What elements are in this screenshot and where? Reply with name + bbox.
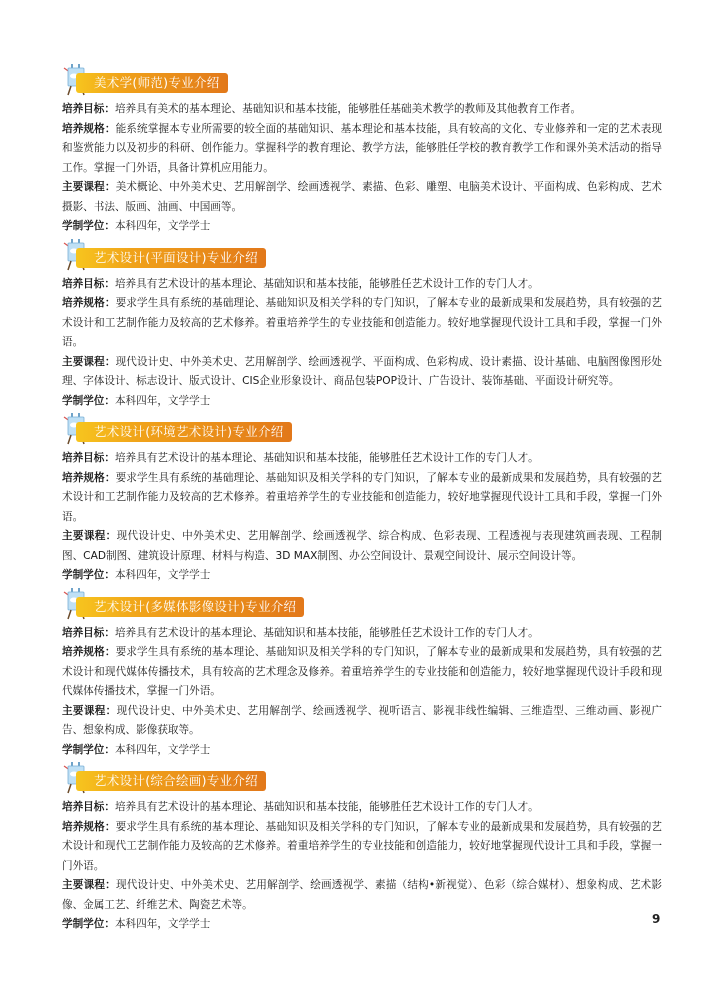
degree-info: 学制学位：本科四年，文学学士 bbox=[62, 741, 662, 761]
major-section: 艺术设计(平面设计)专业介绍 培养目标：培养具有艺术设计的基本理论、基础知识和基… bbox=[62, 237, 662, 412]
section-title: 美术学(师范)专业介绍 bbox=[76, 73, 228, 93]
courses-label: 主要课程： bbox=[62, 356, 116, 368]
training-spec: 培养规格：要求学生具有系统的基本理论、基础知识及相关学科的专门知识，了解本专业的… bbox=[62, 643, 662, 702]
section-title: 艺术设计(多媒体影像设计)专业介绍 bbox=[76, 597, 304, 617]
main-courses: 主要课程：现代设计史、中外美术史、艺用解剖学、绘画透视学、素描（结构•新视觉）、… bbox=[62, 876, 662, 915]
degree-info: 学制学位：本科四年，文学学士 bbox=[62, 217, 662, 237]
spec-label: 培养规格： bbox=[62, 821, 116, 833]
section-header: 艺术设计(综合绘画)专业介绍 bbox=[62, 760, 662, 794]
training-spec: 培养规格：要求学生具有系统的基本理论、基础知识及相关学科的专门知识，了解本专业的… bbox=[62, 818, 662, 877]
goal-label: 培养目标： bbox=[62, 801, 115, 813]
degree-label: 学制学位： bbox=[62, 744, 115, 756]
training-spec: 培养规格：要求学生具有系统的基础理论、基础知识及相关学科的专门知识，了解本专业的… bbox=[62, 294, 662, 353]
main-courses: 主要课程：现代设计史、中外美术史、艺用解剖学、绘画透视学、平面构成、色彩构成、设… bbox=[62, 353, 662, 392]
goal-label: 培养目标： bbox=[62, 627, 115, 639]
goal-label: 培养目标： bbox=[62, 103, 115, 115]
section-header: 美术学(师范)专业介绍 bbox=[62, 62, 662, 96]
degree-label: 学制学位： bbox=[62, 569, 115, 581]
section-header: 艺术设计(多媒体影像设计)专业介绍 bbox=[62, 586, 662, 620]
section-title: 艺术设计(环境艺术设计)专业介绍 bbox=[76, 422, 292, 442]
courses-label: 主要课程： bbox=[62, 530, 117, 542]
degree-label: 学制学位： bbox=[62, 918, 115, 930]
courses-label: 主要课程： bbox=[62, 879, 116, 891]
courses-label: 主要课程： bbox=[62, 705, 117, 717]
section-header: 艺术设计(环境艺术设计)专业介绍 bbox=[62, 411, 662, 445]
courses-label: 主要课程： bbox=[62, 181, 116, 193]
main-courses: 主要课程：现代设计史、中外美术史、艺用解剖学、绘画透视学、综合构成、色彩表现、工… bbox=[62, 527, 662, 566]
spec-label: 培养规格： bbox=[62, 472, 116, 484]
goal-label: 培养目标： bbox=[62, 452, 115, 464]
major-section: 艺术设计(综合绘画)专业介绍 培养目标：培养具有艺术设计的基本理论、基础知识和基… bbox=[62, 760, 662, 935]
training-goal: 培养目标：培养具有美术的基本理论、基础知识和基本技能，能够胜任基础美术教学的教师… bbox=[62, 100, 662, 120]
spec-label: 培养规格： bbox=[62, 123, 116, 135]
degree-label: 学制学位： bbox=[62, 220, 115, 232]
training-goal: 培养目标：培养具有艺术设计的基本理论、基础知识和基本技能，能够胜任艺术设计工作的… bbox=[62, 624, 662, 644]
section-header: 艺术设计(平面设计)专业介绍 bbox=[62, 237, 662, 271]
main-courses: 主要课程：美术概论、中外美术史、艺用解剖学、绘画透视学、素描、色彩、雕塑、电脑美… bbox=[62, 178, 662, 217]
training-spec: 培养规格：要求学生具有系统的基础理论、基础知识及相关学科的专门知识，了解本专业的… bbox=[62, 469, 662, 528]
spec-label: 培养规格： bbox=[62, 297, 116, 309]
section-title: 艺术设计(综合绘画)专业介绍 bbox=[76, 771, 266, 791]
training-goal: 培养目标：培养具有艺术设计的基本理论、基础知识和基本技能，能够胜任艺术设计工作的… bbox=[62, 798, 662, 818]
degree-info: 学制学位：本科四年，文学学士 bbox=[62, 566, 662, 586]
spec-label: 培养规格： bbox=[62, 646, 116, 658]
section-title: 艺术设计(平面设计)专业介绍 bbox=[76, 248, 266, 268]
training-spec: 培养规格：能系统掌握本专业所需要的较全面的基础知识、基本理论和基本技能，具有较高… bbox=[62, 120, 662, 179]
page-number: 9 bbox=[652, 912, 660, 926]
main-courses: 主要课程：现代设计史、中外美术史、艺用解剖学、绘画透视学、视听语言、影视非线性编… bbox=[62, 702, 662, 741]
training-goal: 培养目标：培养具有艺术设计的基本理论、基础知识和基本技能，能够胜任艺术设计工作的… bbox=[62, 449, 662, 469]
degree-label: 学制学位： bbox=[62, 395, 115, 407]
degree-info: 学制学位：本科四年，文学学士 bbox=[62, 392, 662, 412]
document-page: 美术学(师范)专业介绍 培养目标：培养具有美术的基本理论、基础知识和基本技能，能… bbox=[62, 62, 662, 935]
major-section: 美术学(师范)专业介绍 培养目标：培养具有美术的基本理论、基础知识和基本技能，能… bbox=[62, 62, 662, 237]
goal-label: 培养目标： bbox=[62, 278, 115, 290]
major-section: 艺术设计(环境艺术设计)专业介绍 培养目标：培养具有艺术设计的基本理论、基础知识… bbox=[62, 411, 662, 586]
major-section: 艺术设计(多媒体影像设计)专业介绍 培养目标：培养具有艺术设计的基本理论、基础知… bbox=[62, 586, 662, 761]
degree-info: 学制学位：本科四年，文学学士 bbox=[62, 915, 662, 935]
training-goal: 培养目标：培养具有艺术设计的基本理论、基础知识和基本技能，能够胜任艺术设计工作的… bbox=[62, 275, 662, 295]
